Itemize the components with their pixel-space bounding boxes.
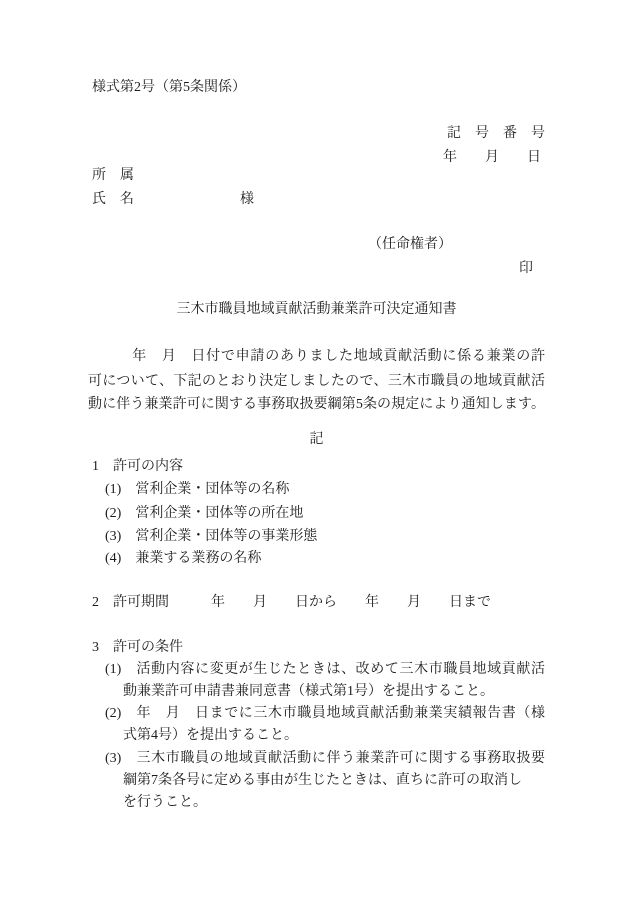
document-title: 三木市職員地域貢献活動兼業許可決定通知書 (88, 300, 545, 320)
section-2-heading: 2 許可期間 年 月 日から 年 月 日まで (92, 593, 491, 613)
appointing-authority-label: （任命権者） (368, 235, 452, 255)
section-3-item-3-line-1: (3) 三木市職員の地域貢献活動に伴う兼業許可に関する事務取扱要 (105, 749, 545, 769)
addressee-department-label: 所 属 (92, 166, 134, 186)
form-number: 様式第2号（第5条関係） (92, 78, 246, 98)
ki-marker: 記 (88, 430, 545, 450)
opening-paragraph-line-3: 動に伴う兼業許可に関する事務取扱要綱第5条の規定により通知します。 (88, 395, 545, 415)
addressee-name-label: 氏 名 (92, 190, 134, 210)
section-1-item-3: (3) 営利企業・団体等の事業形態 (105, 527, 545, 547)
section-3-item-3-line-3: を行うこと。 (123, 793, 545, 813)
reference-number-label: 記 号 番 号 (447, 124, 545, 144)
date-line: 年 月 日 (443, 148, 541, 168)
section-1-item-1: (1) 営利企業・団体等の名称 (105, 480, 545, 500)
section-3-item-1-line-1: (1) 活動内容に変更が生じたときは、改めて三木市職員地域貢献活 (105, 660, 545, 680)
document-content: 様式第2号（第5条関係） 記 号 番 号 年 月 日 所 属 氏 名 様 （任命… (88, 0, 545, 903)
addressee-honorific: 様 (240, 190, 254, 210)
section-1-item-2: (2) 営利企業・団体等の所在地 (105, 504, 545, 524)
section-1-item-4: (4) 兼業する業務の名称 (105, 549, 545, 569)
section-3-heading: 3 許可の条件 (92, 638, 183, 658)
section-3-item-2-line-2: 式第4号）を提出すること。 (123, 726, 545, 746)
section-3-item-3-line-2: 綱第7条各号に定める事由が生じたときは、直ちに許可の取消し (123, 771, 545, 791)
seal-mark: 印 (519, 259, 533, 279)
opening-paragraph-line-2: 可について、下記のとおり決定しましたので、三木市職員の地域貢献活 (88, 372, 545, 392)
section-3-item-2-line-1: (2) 年 月 日までに三木市職員地域貢献活動兼業実績報告書（様 (105, 704, 545, 724)
opening-paragraph-line-1: 年 月 日付で申請のありました地域貢献活動に係る兼業の許 (88, 347, 545, 367)
section-1-heading: 1 許可の内容 (92, 457, 183, 477)
section-3-item-1-line-2: 動兼業許可申請書兼同意書（様式第1号）を提出すること。 (123, 682, 545, 702)
document-page: 様式第2号（第5条関係） 記 号 番 号 年 月 日 所 属 氏 名 様 （任命… (0, 0, 630, 903)
